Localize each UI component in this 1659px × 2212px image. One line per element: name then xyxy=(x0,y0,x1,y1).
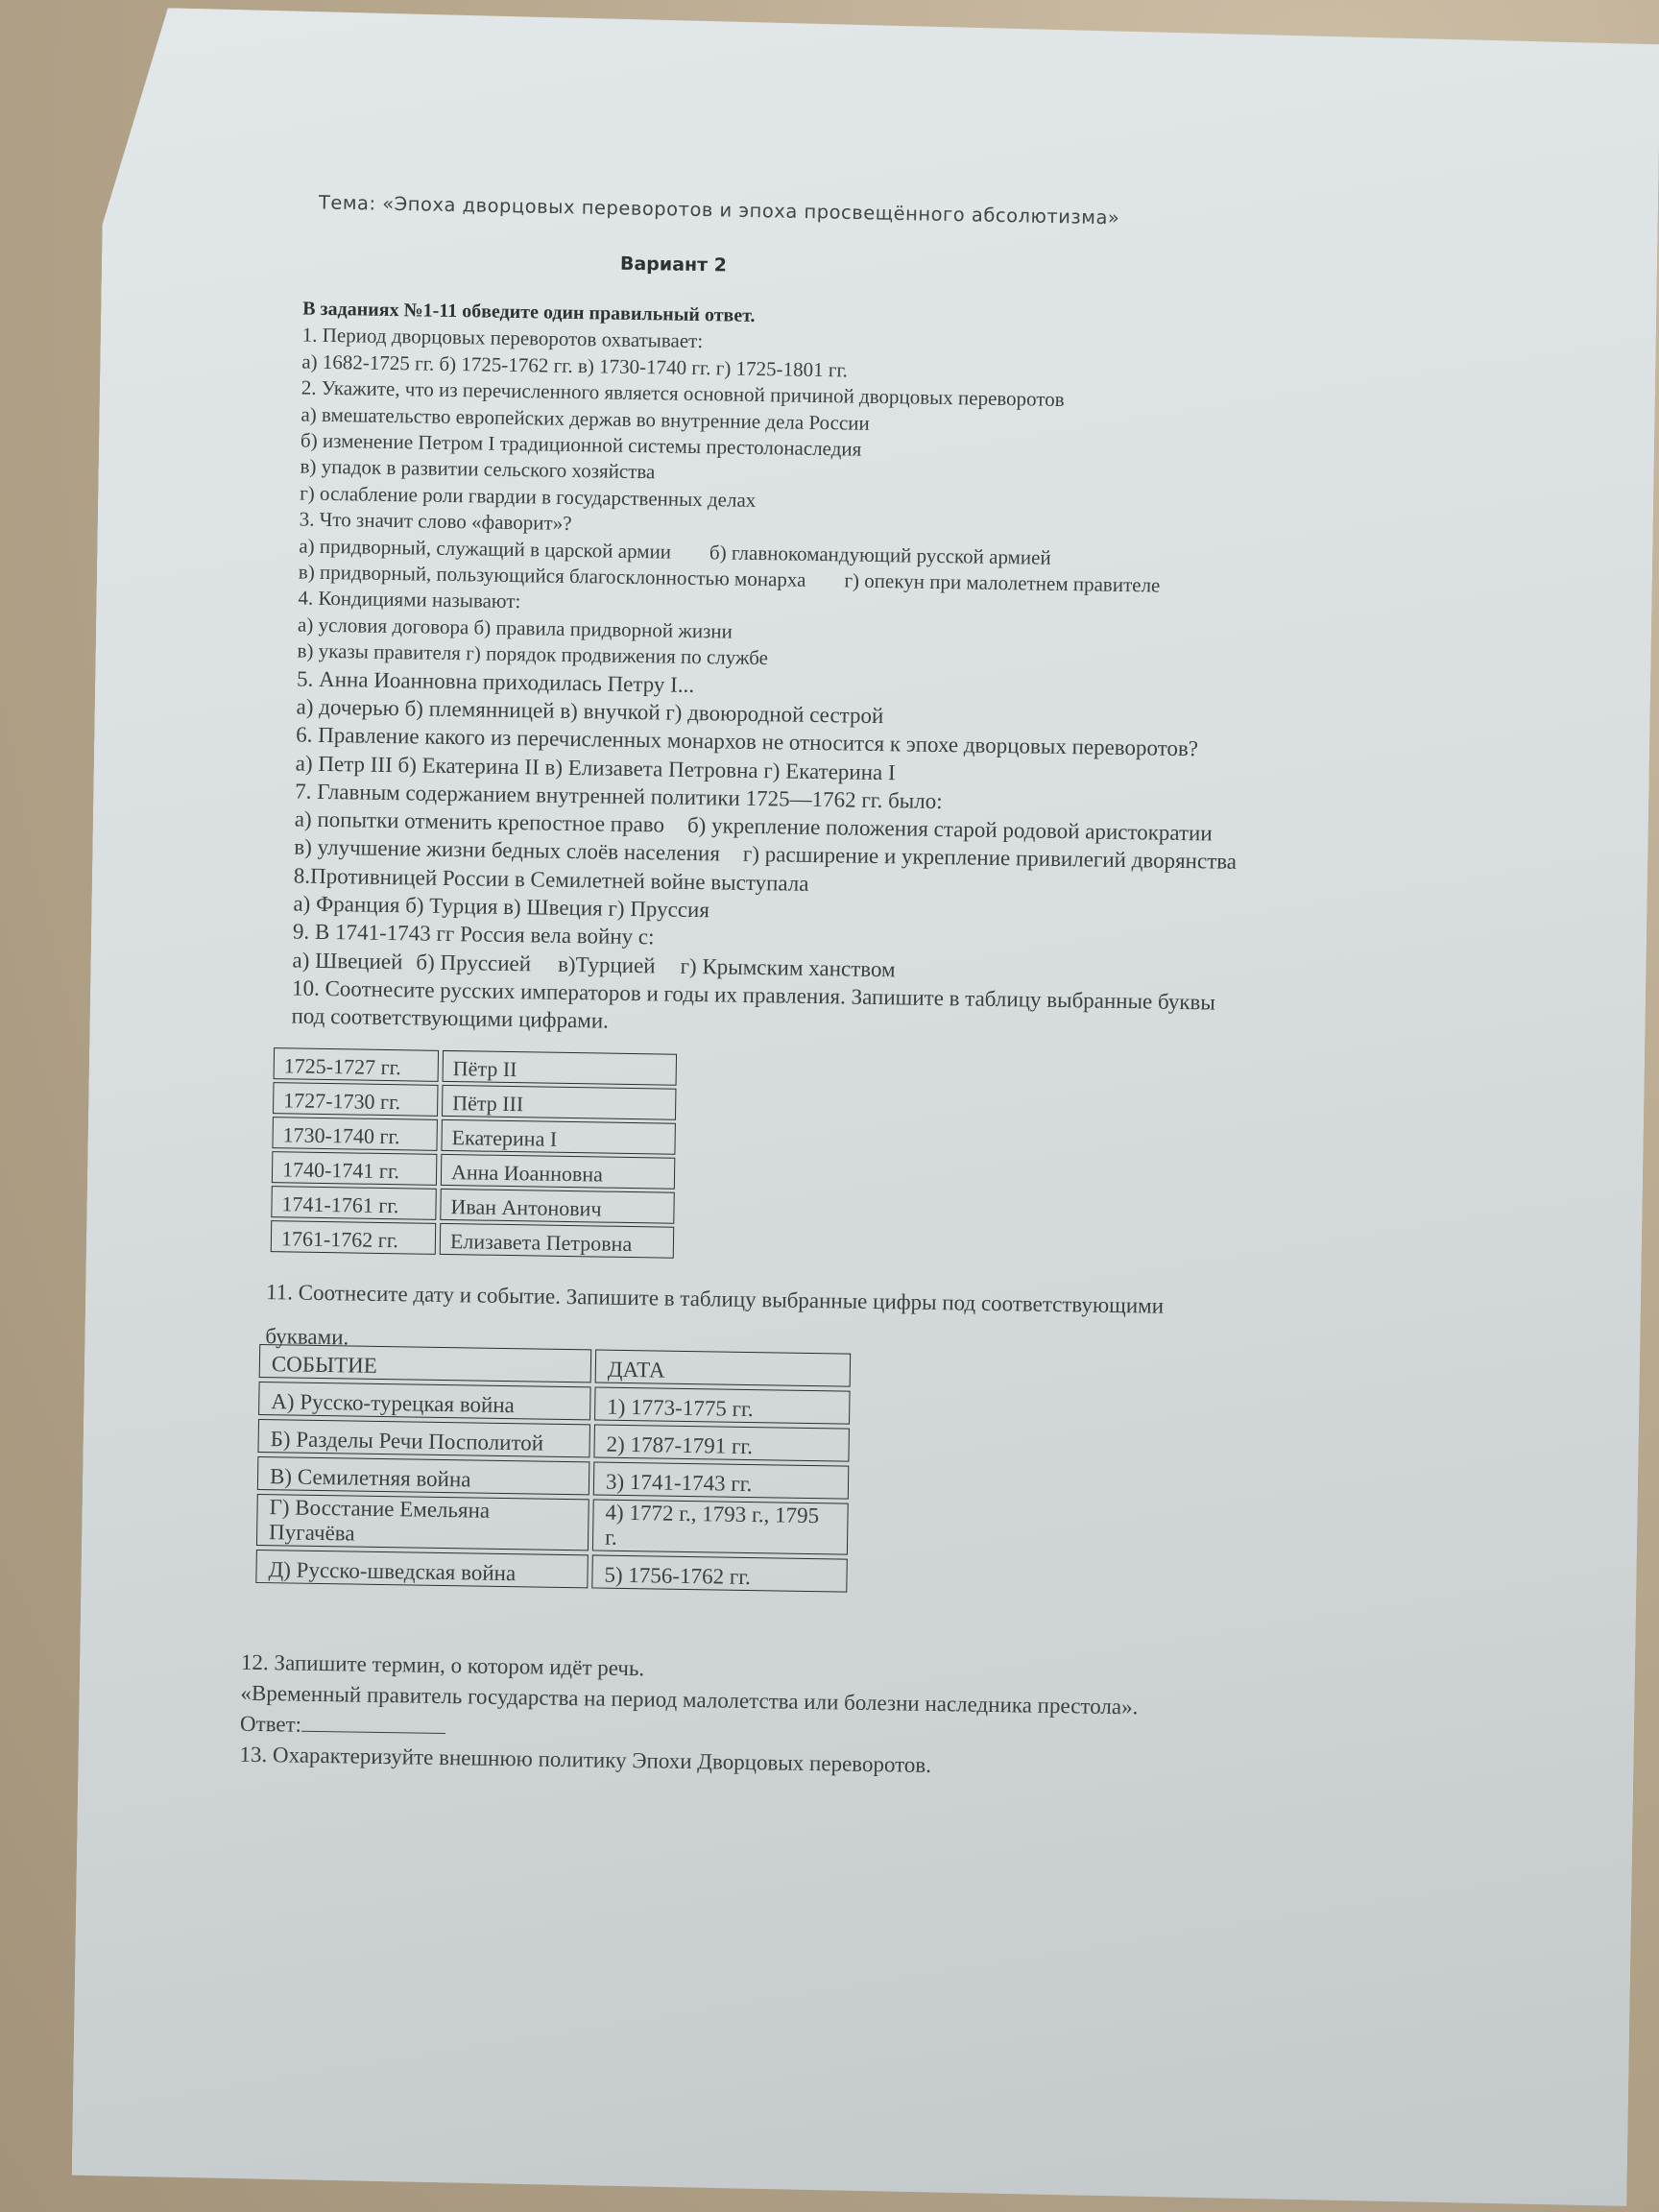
table-row: 1761-1762 гг.Елизавета Петровна xyxy=(271,1220,674,1259)
reign-years: 1725-1727 гг. xyxy=(274,1047,439,1082)
date-cell: 4) 1772 г., 1793 г., 1795 г. xyxy=(592,1499,849,1554)
event-cell: А) Русско-турецкая война xyxy=(258,1382,591,1420)
table-row: 1725-1727 гг.Пётр II xyxy=(274,1047,677,1086)
worksheet-paper: Тема: «Эпоха дворцовых переворотов и эпо… xyxy=(71,7,1659,2210)
question-9-option-b: б) Пруссией xyxy=(416,950,531,975)
table-row: В) Семилетняя война3) 1741-1743 гг. xyxy=(257,1456,849,1500)
event-cell: Г) Восстание Емельяна Пугачёва xyxy=(256,1494,589,1551)
table-row: Д) Русско-шведская война5) 1756-1762 гг. xyxy=(255,1550,847,1593)
worksheet-content: Тема: «Эпоха дворцовых переворотов и эпо… xyxy=(71,7,1659,2210)
question-7-option-c: в) улучшение жизни бедных слоёв населени… xyxy=(294,835,720,866)
question-9-option-c: в)Турцией xyxy=(558,951,656,977)
date-cell: 3) 1741-1743 гг. xyxy=(593,1461,850,1499)
table-row: 1730-1740 гг.Екатерина I xyxy=(272,1117,675,1155)
reign-years: 1741-1761 гг. xyxy=(271,1186,436,1220)
reign-years: 1727-1730 гг. xyxy=(273,1082,438,1117)
ruler-name: Анна Иоанновна xyxy=(441,1154,675,1190)
header-date: ДАТА xyxy=(595,1349,852,1386)
question-7-option-a: а) попытки отменить крепостное право xyxy=(295,807,665,837)
question-10-matching-table: 1725-1727 гг.Пётр II1727-1730 гг.Пётр II… xyxy=(267,1045,681,1262)
event-cell: Д) Русско-шведская война xyxy=(255,1550,589,1588)
multiple-choice-section: В заданиях №1-11 обведите один правильны… xyxy=(291,297,1455,1048)
reign-years: 1761-1762 гг. xyxy=(271,1220,436,1255)
reign-years: 1730-1740 гг. xyxy=(272,1117,437,1151)
topic-heading: Тема: «Эпоха дворцовых переворотов и эпо… xyxy=(319,191,1120,228)
table-row: А) Русско-турецкая война1) 1773-1775 гг. xyxy=(258,1382,850,1425)
ruler-name: Пётр II xyxy=(443,1050,677,1086)
table-row: Б) Разделы Речи Посполитой2) 1787-1791 г… xyxy=(257,1419,849,1462)
reign-years: 1740-1741 гг. xyxy=(272,1151,437,1186)
answer-field[interactable] xyxy=(301,1712,445,1734)
table-row: 1727-1730 гг.Пётр III xyxy=(273,1082,676,1120)
question-3-option-d: г) опекун при малолетнем правителе xyxy=(844,568,1160,596)
ruler-name: Елизавета Петровна xyxy=(440,1223,674,1259)
date-cell: 5) 1756-1762 гг. xyxy=(591,1554,848,1592)
event-cell: В) Семилетняя война xyxy=(257,1456,590,1495)
question-7-option-d: г) расширение и укрепление привилегий дв… xyxy=(743,842,1238,874)
ruler-name: Пётр III xyxy=(442,1085,676,1120)
question-11-matching-table: СОБЫТИЕ ДАТА А) Русско-турецкая война1) … xyxy=(252,1340,854,1597)
ruler-name: Екатерина I xyxy=(441,1119,675,1155)
question-12: 12. Запишите термин, о котором идёт речь… xyxy=(239,1647,1566,1791)
question-9-option-d: г) Крымским ханством xyxy=(680,953,895,981)
question-3-option-b: б) главнокомандующий русской армией xyxy=(709,541,1051,569)
variant-heading: Вариант 2 xyxy=(620,253,727,276)
date-cell: 1) 1773-1775 гг. xyxy=(594,1386,851,1424)
header-event: СОБЫТИЕ xyxy=(259,1344,592,1382)
answer-label: Ответ: xyxy=(240,1712,301,1737)
event-cell: Б) Разделы Речи Посполитой xyxy=(257,1419,590,1457)
question-3-option-a: а) придворный, служащий в царской армии xyxy=(299,534,671,563)
table-row: 1740-1741 гг.Анна Иоанновна xyxy=(272,1151,675,1190)
table-row: Г) Восстание Емельяна Пугачёва4) 1772 г.… xyxy=(256,1494,849,1555)
date-cell: 2) 1787-1791 гг. xyxy=(593,1424,850,1461)
table-row: 1741-1761 гг.Иван Антонович xyxy=(271,1186,674,1224)
table-header-row: СОБЫТИЕ ДАТА xyxy=(259,1344,851,1387)
ruler-name: Иван Антонович xyxy=(440,1189,674,1224)
question-9-option-a: а) Швецией xyxy=(292,948,402,974)
